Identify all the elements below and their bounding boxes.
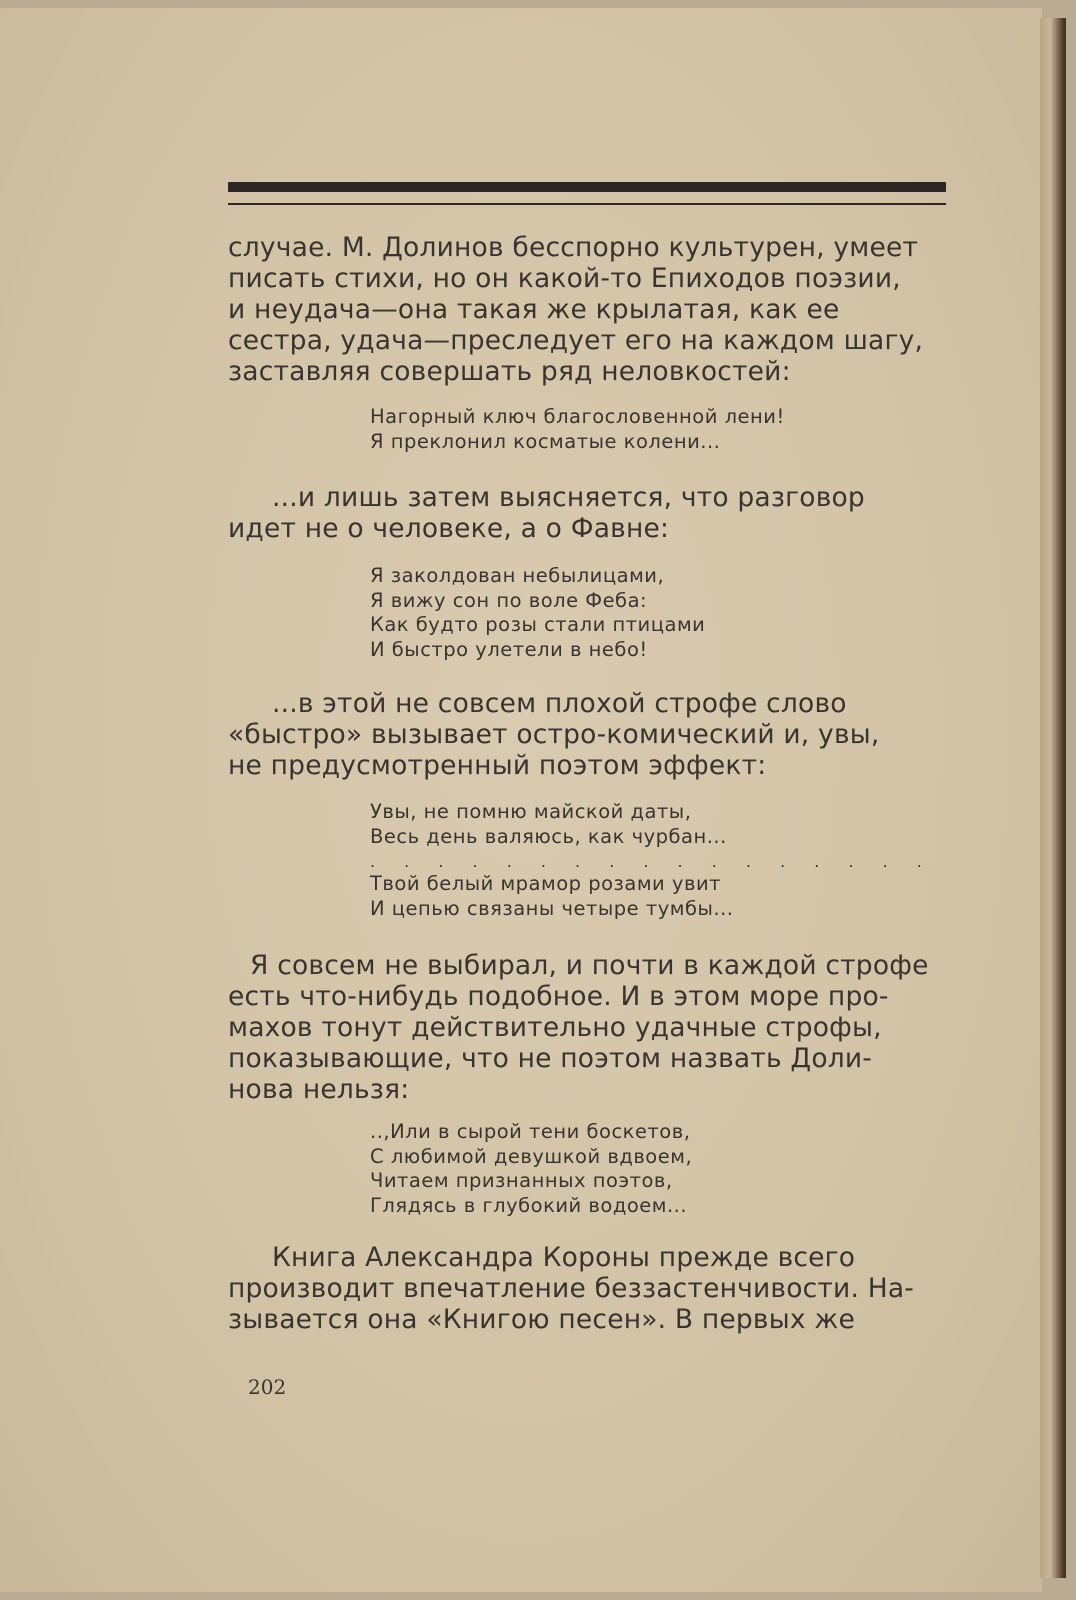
text-line: «быстро» вызывает остро-комический и, ув… xyxy=(228,719,948,750)
paragraph-5: Книга Александра Короны прежде всего про… xyxy=(228,1242,948,1335)
page-number: 202 xyxy=(248,1375,286,1399)
header-rule-thick xyxy=(228,182,946,192)
verse-line: С любимой девушкой вдвоем, xyxy=(370,1145,692,1170)
verse-line: ..,Или в сырой тени боскетов, xyxy=(370,1120,692,1145)
verse-line: Глядясь в глубокий водоем... xyxy=(370,1194,692,1219)
text-line: ...и лишь затем выясняется, что разговор xyxy=(228,482,948,513)
verse-line: И быстро улетели в небо! xyxy=(370,638,705,663)
text-line: производит впечатление беззастенчивости.… xyxy=(228,1273,948,1304)
verse-line: Увы, не помню майской даты, xyxy=(370,800,934,825)
verse-quote-2: Я заколдован небылицами, Я вижу сон по в… xyxy=(370,564,705,662)
paragraph-1: случае. М. Долинов бесспорно культурен, … xyxy=(228,232,948,387)
text-line: ...в этой не совсем плохой строфе слово xyxy=(228,688,948,719)
verse-line: Я заколдован небылицами, xyxy=(370,564,705,589)
text-line: писать стихи, но он какой-то Епиходов по… xyxy=(228,263,948,294)
text-line: есть что-нибудь подобное. И в этом море … xyxy=(228,981,948,1012)
verse-quote-3: Увы, не помню майской даты, Весь день ва… xyxy=(370,800,934,921)
text-line: случае. М. Долинов бесспорно культурен, … xyxy=(228,232,948,263)
text-line: идет не о человеке, а о Фавне: xyxy=(228,513,948,544)
verse-line: И цепью связаны четыре тумбы... xyxy=(370,897,934,922)
text-line: Книга Александра Короны прежде всего xyxy=(228,1242,948,1273)
verse-quote-1: Нагорный ключ благословенной лени! Я пре… xyxy=(370,405,785,454)
text-line: зывается она «Книгою песен». В первых же xyxy=(228,1304,948,1335)
text-line: махов тонут действительно удачные строфы… xyxy=(228,1012,948,1043)
header-rule-thin xyxy=(228,203,946,205)
text-line: заставляя совершать ряд неловкостей: xyxy=(228,356,948,387)
paragraph-4: Я совсем не выбирал, и почти в каждой ст… xyxy=(228,950,948,1105)
verse-line: Я преклонил косматые колени... xyxy=(370,430,785,455)
verse-line: Читаем признанных поэтов, xyxy=(370,1169,692,1194)
verse-line: Нагорный ключ благословенной лени! xyxy=(370,405,785,430)
paragraph-2: ...и лишь затем выясняется, что разговор… xyxy=(228,482,948,544)
text-line: Я совсем не выбирал, и почти в каждой ст… xyxy=(228,950,948,981)
verse-line: Твой белый мрамор розами увит xyxy=(370,872,934,897)
verse-line: Я вижу сон по воле Феба: xyxy=(370,589,705,614)
verse-line: Как будто розы стали птицами xyxy=(370,613,705,638)
text-line: нова нельзя: xyxy=(228,1074,948,1105)
paragraph-3: ...в этой не совсем плохой строфе слово … xyxy=(228,688,948,781)
text-line: сестра, удача—преследует его на каждом ш… xyxy=(228,325,948,356)
text-line: показывающие, что не поэтом назвать Доли… xyxy=(228,1043,948,1074)
verse-line: Весь день валяюсь, как чурбан... xyxy=(370,825,934,850)
ellipsis-dots: . . . . . . . . . . . . . . . . . xyxy=(370,852,934,872)
page-edge-shadow xyxy=(1040,18,1066,1578)
text-line: не предусмотренный поэтом эффект: xyxy=(228,750,948,781)
text-line: и неудача—она такая же крылатая, как ее xyxy=(228,294,948,325)
verse-quote-4: ..,Или в сырой тени боскетов, С любимой … xyxy=(370,1120,692,1218)
